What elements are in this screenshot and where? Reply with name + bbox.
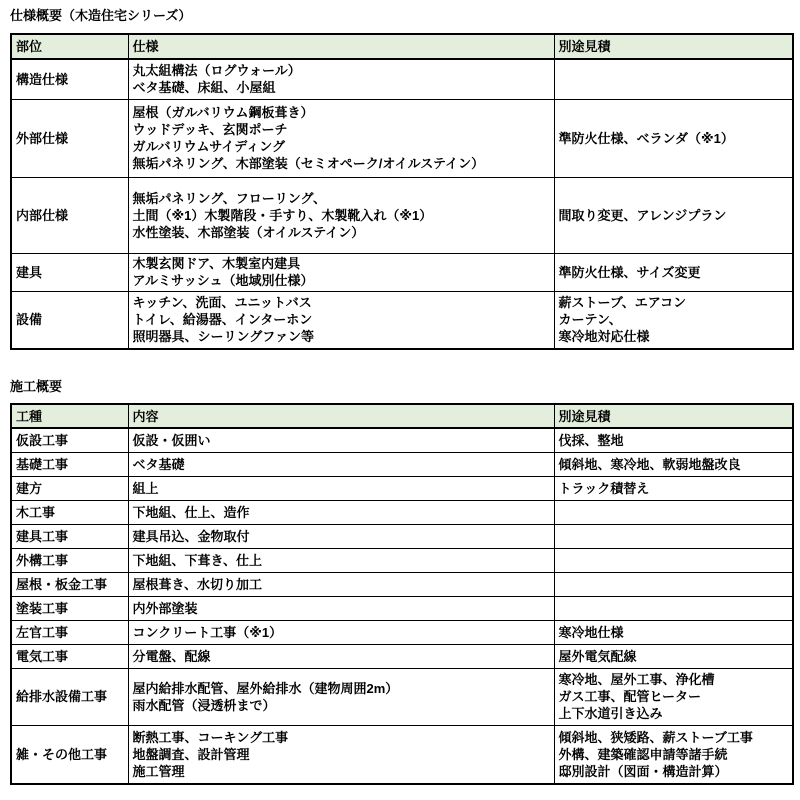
content-cell: 屋根（ガルバリウム鋼板葺き）ウッドデッキ、玄関ポーチガルバリウムサイディング無垢… — [128, 99, 554, 177]
cell-line: 屋根（ガルバリウム鋼板葺き） — [133, 104, 550, 121]
table-row: 基礎工事ベタ基礎傾斜地、寒冷地、軟弱地盤改良 — [11, 452, 793, 476]
table-row: 屋根・板金工事屋根葺き、水切り加工 — [11, 572, 793, 596]
cell-line: 外構工事 — [16, 552, 124, 569]
table-row: 内部仕様無垢パネリング、フローリング、土間（※1）木製階段・手すり、木製靴入れ（… — [11, 177, 793, 253]
row-label-cell: 仮設工事 — [11, 428, 128, 452]
cell-line: ガス工事、配管ヒーター — [559, 688, 789, 705]
row-label-cell: 外部仕様 — [11, 99, 128, 177]
header-row: 部位仕様別途見積 — [11, 34, 793, 59]
cell-line: 木製玄関ドア、木製室内建具 — [133, 255, 550, 272]
estimate-cell — [554, 596, 793, 620]
estimate-cell: トラック積替え — [554, 476, 793, 500]
column-header: 内容 — [128, 404, 554, 428]
table-row: 設備キッチン、洗面、ユニットバストイレ、給湯器、インターホン照明器具、シーリング… — [11, 291, 793, 349]
cell-line: 上下水道引き込み — [559, 705, 789, 722]
content-cell: 木製玄関ドア、木製室内建具アルミサッシュ（地域別仕様） — [128, 253, 554, 291]
cell-line: 屋内給排水配管、屋外給排水（建物周囲2m） — [133, 680, 550, 697]
cell-line: 雨水配管（浸透枡まで） — [133, 697, 550, 714]
table-row: 構造仕様丸太組構法（ログウォール）ベタ基礎、床組、小屋組 — [11, 59, 793, 99]
content-cell: 丸太組構法（ログウォール）ベタ基礎、床組、小屋組 — [128, 59, 554, 99]
content-cell: 下地組、下葺き、仕上 — [128, 548, 554, 572]
cell-line: 基礎工事 — [16, 456, 124, 473]
estimate-cell: 準防火仕様、ベランダ（※1） — [554, 99, 793, 177]
column-header: 工種 — [11, 404, 128, 428]
cell-line: 断熱工事、コーキング工事 — [133, 729, 550, 746]
cell-line: 建具工事 — [16, 528, 124, 545]
document-page: 仕様概要（木造住宅シリーズ） 部位仕様別途見積構造仕様丸太組構法（ログウォール）… — [0, 0, 800, 785]
cell-line: 建具吊込、金物取付 — [133, 528, 550, 545]
cell-line: 仮設・仮囲い — [133, 432, 550, 449]
cell-line: 地盤調査、設計管理 — [133, 746, 550, 763]
estimate-cell: 準防火仕様、サイズ変更 — [554, 253, 793, 291]
work-table: 工種内容別途見積仮設工事仮設・仮囲い伐採、整地基礎工事ベタ基礎傾斜地、寒冷地、軟… — [10, 403, 794, 785]
row-label-cell: 構造仕様 — [11, 59, 128, 99]
content-cell: 断熱工事、コーキング工事地盤調査、設計管理施工管理 — [128, 725, 554, 784]
cell-line: 建方 — [16, 480, 124, 497]
estimate-cell: 傾斜地、寒冷地、軟弱地盤改良 — [554, 452, 793, 476]
cell-line: 給排水設備工事 — [16, 688, 124, 705]
cell-line: 外構、建築確認申請等諸手続 — [559, 746, 789, 763]
estimate-cell — [554, 572, 793, 596]
cell-line: 構造仕様 — [16, 71, 124, 88]
estimate-cell: 間取り変更、アレンジプラン — [554, 177, 793, 253]
row-label-cell: 給排水設備工事 — [11, 668, 128, 725]
spec-table: 部位仕様別途見積構造仕様丸太組構法（ログウォール）ベタ基礎、床組、小屋組外部仕様… — [10, 33, 794, 350]
content-cell: 無垢パネリング、フローリング、土間（※1）木製階段・手すり、木製靴入れ（※1）水… — [128, 177, 554, 253]
cell-line: カーテン、 — [559, 311, 789, 328]
cell-line: 薪ストーブ、エアコン — [559, 294, 789, 311]
row-label-cell: 木工事 — [11, 500, 128, 524]
row-label-cell: 設備 — [11, 291, 128, 349]
cell-line: 土間（※1）木製階段・手すり、木製靴入れ（※1） — [133, 207, 550, 224]
cell-line: 屋外電気配線 — [559, 648, 789, 665]
content-cell: 内外部塗装 — [128, 596, 554, 620]
cell-line: 仮設工事 — [16, 432, 124, 449]
cell-line: キッチン、洗面、ユニットバス — [133, 294, 550, 311]
cell-line: アルミサッシュ（地域別仕様） — [133, 272, 550, 289]
cell-line: 木工事 — [16, 504, 124, 521]
content-cell: 分電盤、配線 — [128, 644, 554, 668]
column-header: 仕様 — [128, 34, 554, 59]
row-label-cell: 雑・その他工事 — [11, 725, 128, 784]
estimate-cell — [554, 500, 793, 524]
cell-line: 水性塗装、木部塗装（オイルステイン） — [133, 224, 550, 241]
cell-line: 屋根葺き、水切り加工 — [133, 576, 550, 593]
table-row: 建方組上トラック積替え — [11, 476, 793, 500]
content-cell: 屋根葺き、水切り加工 — [128, 572, 554, 596]
table-row: 左官工事コンクリート工事（※1）寒冷地仕様 — [11, 620, 793, 644]
cell-line: 照明器具、シーリングファン等 — [133, 328, 550, 345]
header-row: 工種内容別途見積 — [11, 404, 793, 428]
cell-line: 内部仕様 — [16, 207, 124, 224]
cell-line: 寒冷地仕様 — [559, 624, 789, 641]
row-label-cell: 左官工事 — [11, 620, 128, 644]
table-row: 外部仕様屋根（ガルバリウム鋼板葺き）ウッドデッキ、玄関ポーチガルバリウムサイディ… — [11, 99, 793, 177]
table-row: 仮設工事仮設・仮囲い伐採、整地 — [11, 428, 793, 452]
cell-line: 伐採、整地 — [559, 432, 789, 449]
estimate-cell: 傾斜地、狭矮路、薪ストーブ工事外構、建築確認申請等諸手続邸別設計（図面・構造計算… — [554, 725, 793, 784]
spec-section-title: 仕様概要（木造住宅シリーズ） — [10, 8, 792, 24]
cell-line: 下地組、下葺き、仕上 — [133, 552, 550, 569]
cell-line: トラック積替え — [559, 480, 789, 497]
cell-line: コンクリート工事（※1） — [133, 624, 550, 641]
cell-line: 設備 — [16, 311, 124, 328]
table-row: 建具工事建具吊込、金物取付 — [11, 524, 793, 548]
row-label-cell: 基礎工事 — [11, 452, 128, 476]
content-cell: 屋内給排水配管、屋外給排水（建物周囲2m）雨水配管（浸透枡まで） — [128, 668, 554, 725]
estimate-cell: 薪ストーブ、エアコンカーテン、寒冷地対応仕様 — [554, 291, 793, 349]
row-label-cell: 建方 — [11, 476, 128, 500]
cell-line: 分電盤、配線 — [133, 648, 550, 665]
estimate-cell — [554, 548, 793, 572]
cell-line: 施工管理 — [133, 763, 550, 780]
content-cell: 下地組、仕上、造作 — [128, 500, 554, 524]
table-row: 雑・その他工事断熱工事、コーキング工事地盤調査、設計管理施工管理傾斜地、狭矮路、… — [11, 725, 793, 784]
cell-line: 建具 — [16, 264, 124, 281]
cell-line: 準防火仕様、ベランダ（※1） — [559, 130, 789, 147]
cell-line: 下地組、仕上、造作 — [133, 504, 550, 521]
cell-line: 寒冷地対応仕様 — [559, 328, 789, 345]
cell-line: 雑・その他工事 — [16, 746, 124, 763]
content-cell: 組上 — [128, 476, 554, 500]
estimate-cell — [554, 524, 793, 548]
cell-line: 間取り変更、アレンジプラン — [559, 207, 789, 224]
cell-line: 寒冷地、屋外工事、浄化槽 — [559, 671, 789, 688]
cell-line: 外部仕様 — [16, 130, 124, 147]
estimate-cell: 伐採、整地 — [554, 428, 793, 452]
row-label-cell: 建具 — [11, 253, 128, 291]
content-cell: ベタ基礎 — [128, 452, 554, 476]
work-section-title: 施工概要 — [10, 379, 792, 395]
table-row: 給排水設備工事屋内給排水配管、屋外給排水（建物周囲2m）雨水配管（浸透枡まで）寒… — [11, 668, 793, 725]
cell-line: ベタ基礎 — [133, 456, 550, 473]
cell-line: ベタ基礎、床組、小屋組 — [133, 79, 550, 96]
table-row: 外構工事下地組、下葺き、仕上 — [11, 548, 793, 572]
cell-line: 内外部塗装 — [133, 600, 550, 617]
content-cell: 建具吊込、金物取付 — [128, 524, 554, 548]
estimate-cell — [554, 59, 793, 99]
row-label-cell: 内部仕様 — [11, 177, 128, 253]
estimate-cell: 寒冷地、屋外工事、浄化槽ガス工事、配管ヒーター上下水道引き込み — [554, 668, 793, 725]
cell-line: 傾斜地、狭矮路、薪ストーブ工事 — [559, 729, 789, 746]
cell-line: トイレ、給湯器、インターホン — [133, 311, 550, 328]
cell-line: 左官工事 — [16, 624, 124, 641]
table-row: 電気工事分電盤、配線屋外電気配線 — [11, 644, 793, 668]
estimate-cell: 屋外電気配線 — [554, 644, 793, 668]
cell-line: 塗装工事 — [16, 600, 124, 617]
row-label-cell: 電気工事 — [11, 644, 128, 668]
column-header: 部位 — [11, 34, 128, 59]
row-label-cell: 屋根・板金工事 — [11, 572, 128, 596]
content-cell: キッチン、洗面、ユニットバストイレ、給湯器、インターホン照明器具、シーリングファ… — [128, 291, 554, 349]
table-row: 塗装工事内外部塗装 — [11, 596, 793, 620]
table-row: 建具木製玄関ドア、木製室内建具アルミサッシュ（地域別仕様）準防火仕様、サイズ変更 — [11, 253, 793, 291]
row-label-cell: 塗装工事 — [11, 596, 128, 620]
table-row: 木工事下地組、仕上、造作 — [11, 500, 793, 524]
cell-line: ウッドデッキ、玄関ポーチ — [133, 121, 550, 138]
cell-line: 準防火仕様、サイズ変更 — [559, 264, 789, 281]
cell-line: ガルバリウムサイディング — [133, 138, 550, 155]
row-label-cell: 建具工事 — [11, 524, 128, 548]
cell-line: 傾斜地、寒冷地、軟弱地盤改良 — [559, 456, 789, 473]
cell-line: 組上 — [133, 480, 550, 497]
estimate-cell: 寒冷地仕様 — [554, 620, 793, 644]
content-cell: コンクリート工事（※1） — [128, 620, 554, 644]
column-header: 別途見積 — [554, 404, 793, 428]
cell-line: 無垢パネリング、フローリング、 — [133, 190, 550, 207]
column-header: 別途見積 — [554, 34, 793, 59]
cell-line: 電気工事 — [16, 648, 124, 665]
cell-line: 屋根・板金工事 — [16, 576, 124, 593]
cell-line: 邸別設計（図面・構造計算） — [559, 763, 789, 780]
cell-line: 無垢パネリング、木部塗装（セミオペーク/オイルステイン） — [133, 155, 550, 172]
content-cell: 仮設・仮囲い — [128, 428, 554, 452]
row-label-cell: 外構工事 — [11, 548, 128, 572]
cell-line: 丸太組構法（ログウォール） — [133, 62, 550, 79]
